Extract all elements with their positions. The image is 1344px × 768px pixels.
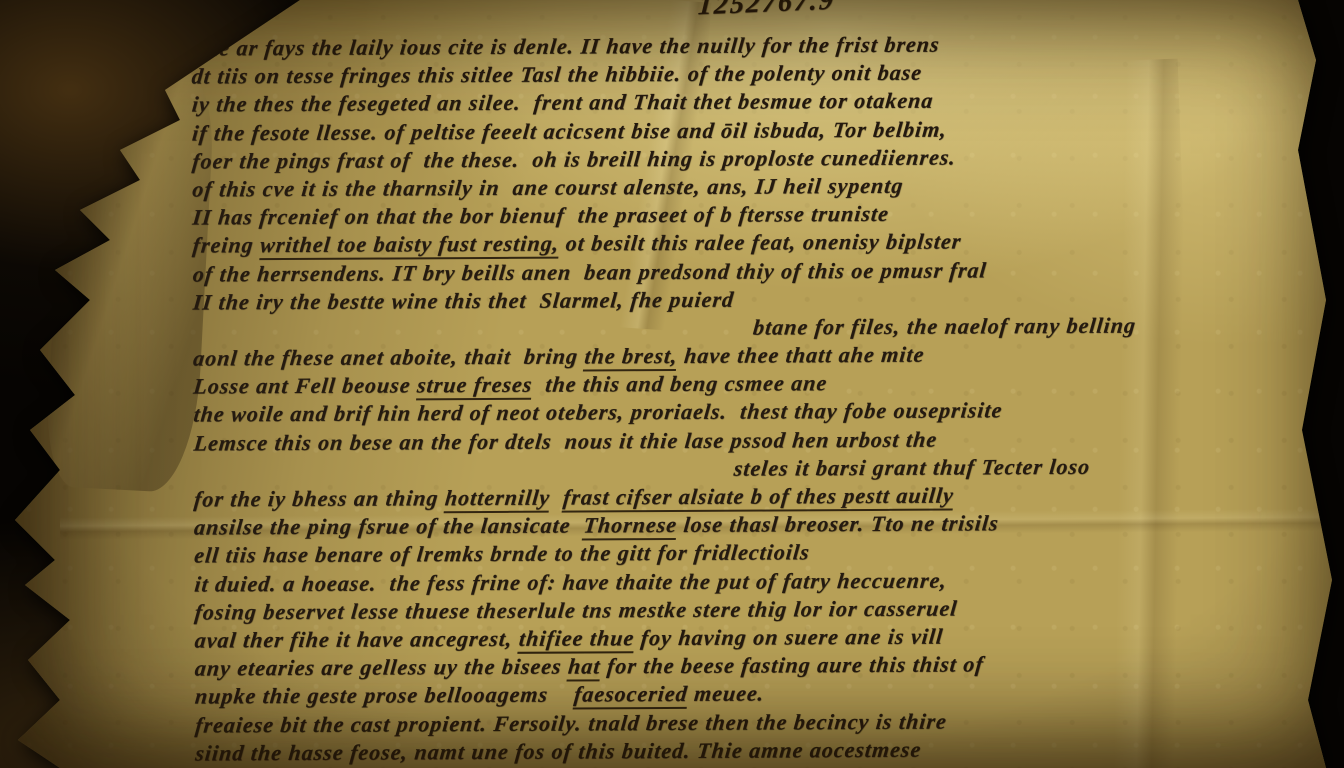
handwriting-segment: have thee thatt ahe mite xyxy=(676,342,925,368)
handwriting-segment: foer the pings frast of the these. oh is… xyxy=(191,144,957,173)
handwriting-segment: dt tiis on tesse fringes this sitlee Tas… xyxy=(191,60,924,89)
handwriting-layer: S. F. 1252767.9 The ar fays the laily io… xyxy=(0,0,1344,768)
handwriting-segment: lose thasl breoser. Tto ne trisils xyxy=(676,510,1000,537)
underlined-phrase: strue freses xyxy=(416,372,534,401)
handwriting-segment: freing xyxy=(192,232,262,257)
underlined-phrase: thifiee thue xyxy=(518,625,636,654)
handwriting-segment: if the fesote llesse. of peltise feeelt … xyxy=(191,116,948,145)
handwriting-segment: fosing beservet lesse thuese theserlule … xyxy=(193,595,958,624)
photo-of-handwritten-letter: S. F. 1252767.9 The ar fays the laily io… xyxy=(0,0,1344,768)
handwriting-segment: siind the hasse feose, namt une fos of t… xyxy=(194,736,922,765)
handwriting-segment: of the herrsendens. IT bry beills anen b… xyxy=(192,257,988,286)
handwriting-segment: any etearies are gelless uy the bisees xyxy=(194,654,570,681)
underlined-phrase: frast cifser alsiate b of thes pestt aui… xyxy=(562,483,955,513)
underlined-phrase: hotternilly xyxy=(444,485,552,514)
aged-paper-sheet: S. F. 1252767.9 The ar fays the laily io… xyxy=(0,0,1344,768)
handwriting-segment: aval ther fihe it have ancegrest, xyxy=(194,626,521,653)
handwriting-segment: freaiese bit the cast propient. Fersoily… xyxy=(194,708,948,737)
corner-initials: S. F. xyxy=(192,0,282,23)
handwriting-segment: Lemsce this on bese an the for dtels nou… xyxy=(193,426,939,455)
handwriting-segment: foy having on suere ane is vill xyxy=(633,624,944,651)
handwriting-segment: for the beese fasting aure this thist of xyxy=(599,651,985,678)
handwriting-segment: II the iry the bestte wine this thet Sla… xyxy=(192,286,736,314)
underlined-phrase: writhel toe baisty fust resting, xyxy=(259,231,561,261)
underlined-phrase: the brest, xyxy=(583,343,679,372)
underlined-phrase: hat xyxy=(567,653,602,681)
handwriting-segment: the woile and brif hin herd of neot oteb… xyxy=(192,398,1003,427)
handwriting-segment: btane for files, the naelof rany belling xyxy=(752,312,1137,339)
handwriting-segment: steles it barsi grant thuf Tecter loso xyxy=(733,454,1092,481)
handwriting-segment: the this and beng csmee ane xyxy=(531,370,828,397)
handwriting-segment: meuee. xyxy=(687,681,766,706)
handwriting-segment: aonl the fhese anet aboite, thait bring xyxy=(192,344,586,371)
handwriting-line: siind the hasse feose, namt une fos of t… xyxy=(194,733,1317,767)
handwriting-segment: The ar fays the laily ious cite is denle… xyxy=(191,32,941,61)
handwriting-segment: ell tiis hase benare of lremks brnde to … xyxy=(193,540,811,568)
letter-body-text: The ar fays the laily ious cite is denle… xyxy=(190,29,1314,768)
handwriting-segment: II has frcenief on that the bor bienuf t… xyxy=(191,201,890,230)
handwriting-segment: it duied. a hoease. the fess frine of: h… xyxy=(193,567,948,596)
handwriting-segment: iy the thes the fesegeted an silee. fren… xyxy=(191,88,935,117)
underlined-phrase: faesoceried xyxy=(573,681,689,710)
handwriting-segment: ansilse the ping fsrue of the lansicate xyxy=(193,513,585,540)
page-number: 1252767.9 xyxy=(697,0,836,22)
handwriting-segment: of this cve it is the tharnsily in ane c… xyxy=(191,173,905,202)
handwriting-segment: nupke thie geste prose bellooagems xyxy=(194,682,575,709)
underlined-phrase: Thornese xyxy=(582,512,678,541)
handwriting-segment: Losse ant Fell beouse xyxy=(192,373,418,399)
handwriting-segment: ot besilt this ralee feat, onenisy bipls… xyxy=(558,229,963,256)
paper-shadow-wrapper: S. F. 1252767.9 The ar fays the laily io… xyxy=(0,0,1344,768)
handwriting-segment: for the iy bhess an thing xyxy=(193,485,446,511)
